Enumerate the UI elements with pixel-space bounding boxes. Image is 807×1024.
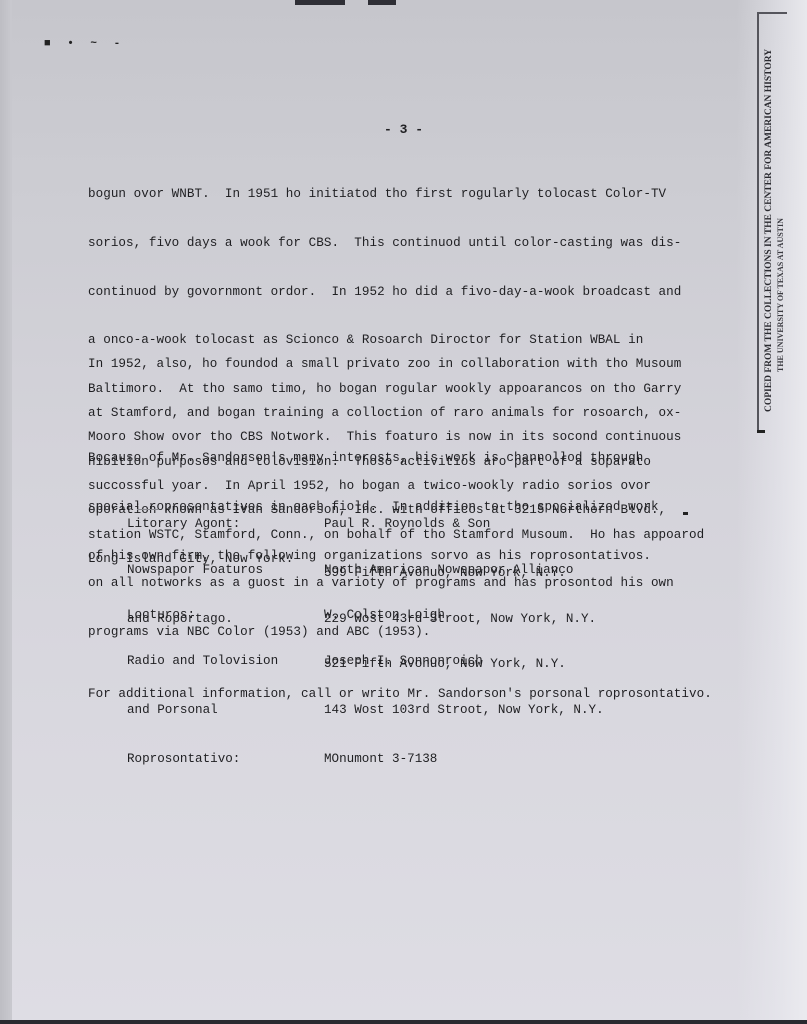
text-line: In 1952, also, ho foundod a small privat…	[88, 356, 738, 372]
stamp-text: COPIED FROM THE COLLECTIONS IN THE CENTE…	[764, 49, 786, 412]
stamp-line-1: COPIED FROM THE COLLECTIONS IN THE CENTE…	[764, 49, 775, 412]
label-line: Radio and Tolovision	[127, 653, 317, 669]
contact-address: 143 Wost 103rd Stroot, Now York, N.Y.	[324, 702, 604, 718]
text-line: sorios, fivo days a wook for CBS. This c…	[88, 235, 738, 251]
contact-name: Joseph I. Sonnonroich	[324, 653, 604, 669]
scan-edge-shadow	[0, 0, 12, 1024]
stamp-bracket	[757, 12, 759, 432]
stamp-bracket	[757, 12, 787, 14]
label-line: and Porsonal	[127, 702, 317, 718]
contact-phone: MOnumont 3-7138	[324, 751, 604, 767]
closing-line: For additional information, call or writ…	[88, 686, 738, 702]
representative-contact: Joseph I. Sonnonroich 143 Wost 103rd Str…	[324, 621, 604, 799]
archive-copy-stamp: COPIED FROM THE COLLECTIONS IN THE CENTE…	[752, 12, 802, 432]
page-number: - 3 -	[0, 122, 807, 137]
label-line: Roprosontativo:	[127, 751, 317, 767]
stamp-bracket	[757, 430, 765, 433]
corner-marks: ■ • ~ -	[44, 38, 125, 50]
text-line: continuod by govornmont ordor. In 1952 h…	[88, 284, 738, 300]
scan-bottom-edge	[0, 1020, 807, 1024]
scan-binder-tab	[295, 0, 345, 5]
text-line: bogun ovor WNBT. In 1951 ho initiatod th…	[88, 186, 738, 202]
representative-label: Radio and Tolovision and Porsonal Ropros…	[127, 621, 317, 799]
ink-dot	[683, 512, 688, 515]
scan-binder-tab	[368, 0, 396, 5]
ink-smudge	[137, 509, 159, 510]
text-line: Bocauso of Mr. Sandorson's many intorost…	[88, 450, 738, 466]
stamp-line-2: THE UNIVERSITY OF TEXAS AT AUSTIN	[775, 49, 786, 412]
